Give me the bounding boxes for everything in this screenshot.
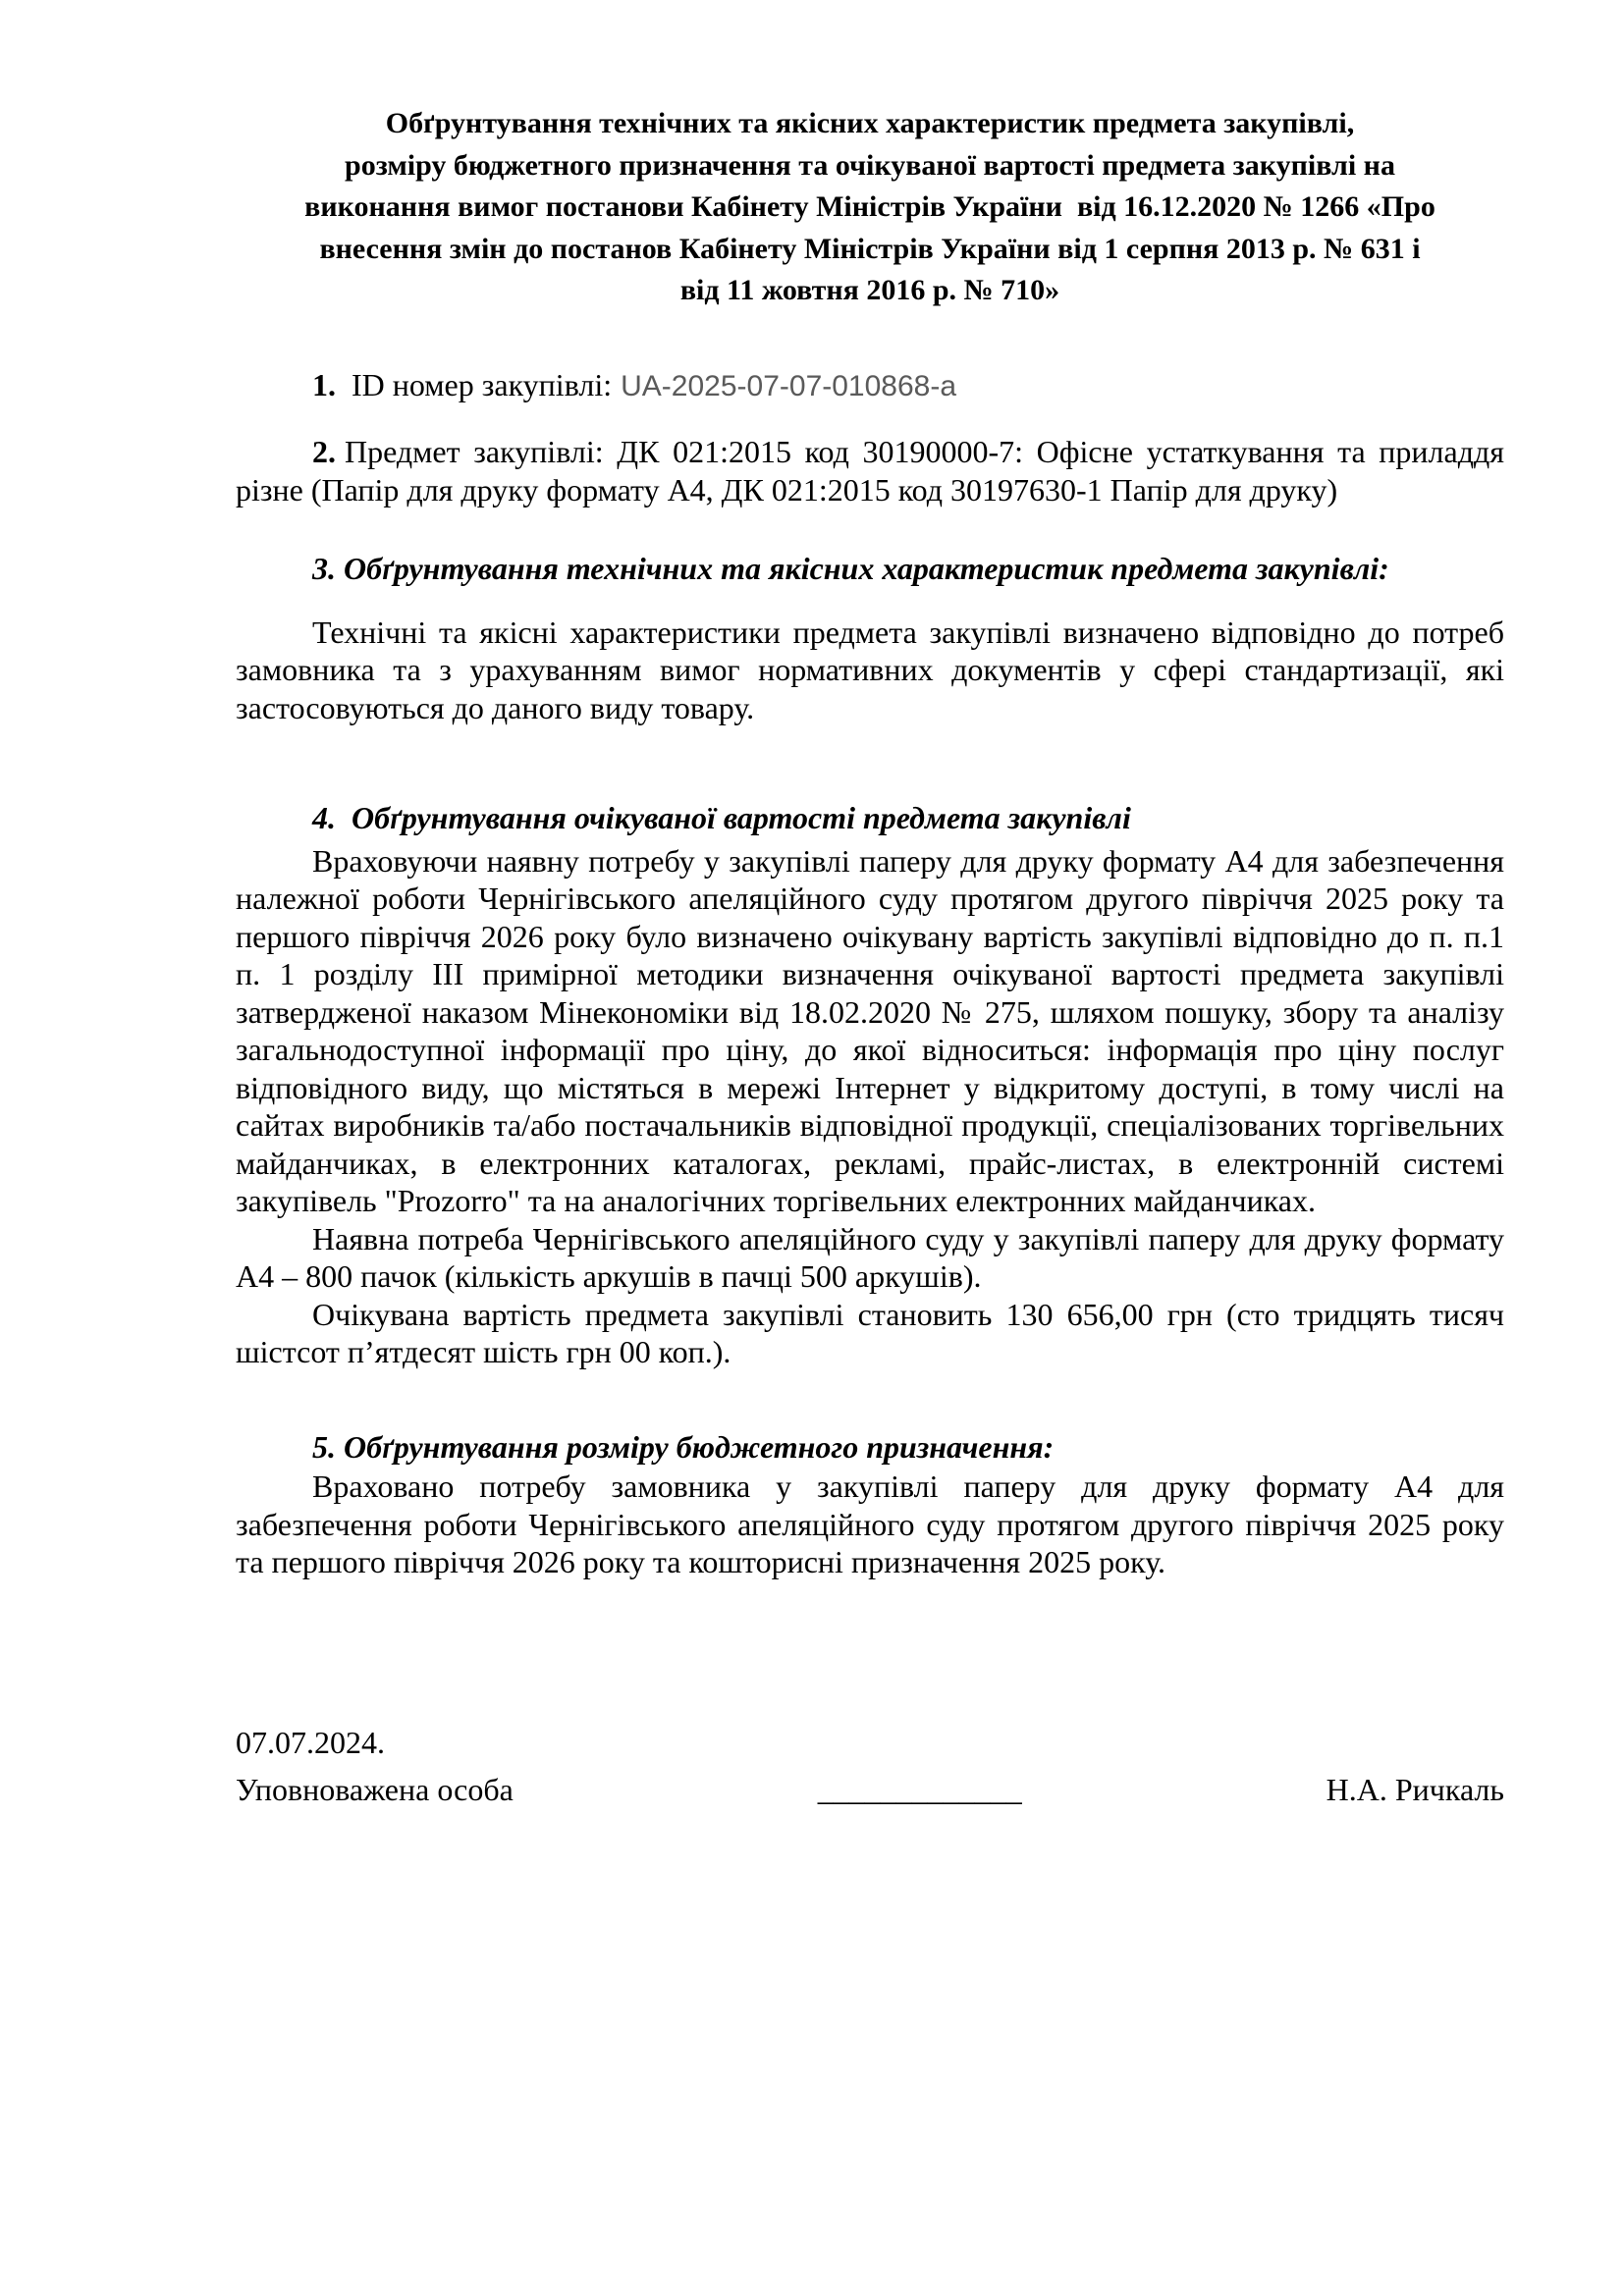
- document-title: Обґрунтування технічних та якісних харак…: [236, 103, 1504, 312]
- signature-line: _____________: [818, 1771, 1022, 1809]
- section-3-paragraph: Технічні та якісні характеристики предме…: [236, 614, 1504, 727]
- procurement-id: UA-2025-07-07-010868-a: [621, 370, 956, 402]
- section-4-paragraph-3: Очікувана вартість предмета закупівлі ст…: [236, 1296, 1504, 1371]
- item-1-label: ID номер закупівлі:: [352, 367, 612, 402]
- title-line: Обґрунтування технічних та якісних харак…: [236, 103, 1504, 145]
- title-line: виконання вимог постанови Кабінету Мініс…: [236, 187, 1504, 229]
- document-page: Обґрунтування технічних та якісних харак…: [0, 0, 1624, 2296]
- signature-row: Уповноважена особа _____________ Н.А. Ри…: [236, 1771, 1504, 1809]
- section-3-heading: 3. Обґрунтування технічних та якісних ха…: [236, 550, 1504, 588]
- item-2-text: Предмет закупівлі: ДК 021:2015 код 30190…: [236, 434, 1504, 507]
- document-date: 07.07.2024.: [236, 1724, 1504, 1762]
- section-5-paragraph: Враховано потребу замовника у закупівлі …: [236, 1468, 1504, 1581]
- section-5-heading: 5. Обґрунтування розміру бюджетного приз…: [236, 1428, 1504, 1467]
- section-4-heading: 4. Обґрунтування очікуваної вартості пре…: [236, 799, 1504, 837]
- title-line: від 11 жовтня 2016 р. № 710»: [236, 270, 1504, 312]
- item-1-number: 1.: [312, 367, 336, 402]
- section-4-paragraph-2: Наявна потреба Чернігівського апеляційно…: [236, 1220, 1504, 1296]
- signer-role: Уповноважена особа: [236, 1771, 514, 1809]
- section-4-paragraph-1: Враховуючи наявну потребу у закупівлі па…: [236, 842, 1504, 1220]
- item-1: 1.ID номер закупівлі:UA-2025-07-07-01086…: [236, 366, 1504, 406]
- item-2: 2.Предмет закупівлі: ДК 021:2015 код 301…: [236, 433, 1504, 508]
- item-2-number: 2.: [312, 434, 336, 469]
- title-line: внесення змін до постанов Кабінету Мініс…: [236, 229, 1504, 271]
- title-line: розміру бюджетного призначення та очікув…: [236, 145, 1504, 187]
- signer-name: Н.А. Ричкаль: [1326, 1771, 1504, 1809]
